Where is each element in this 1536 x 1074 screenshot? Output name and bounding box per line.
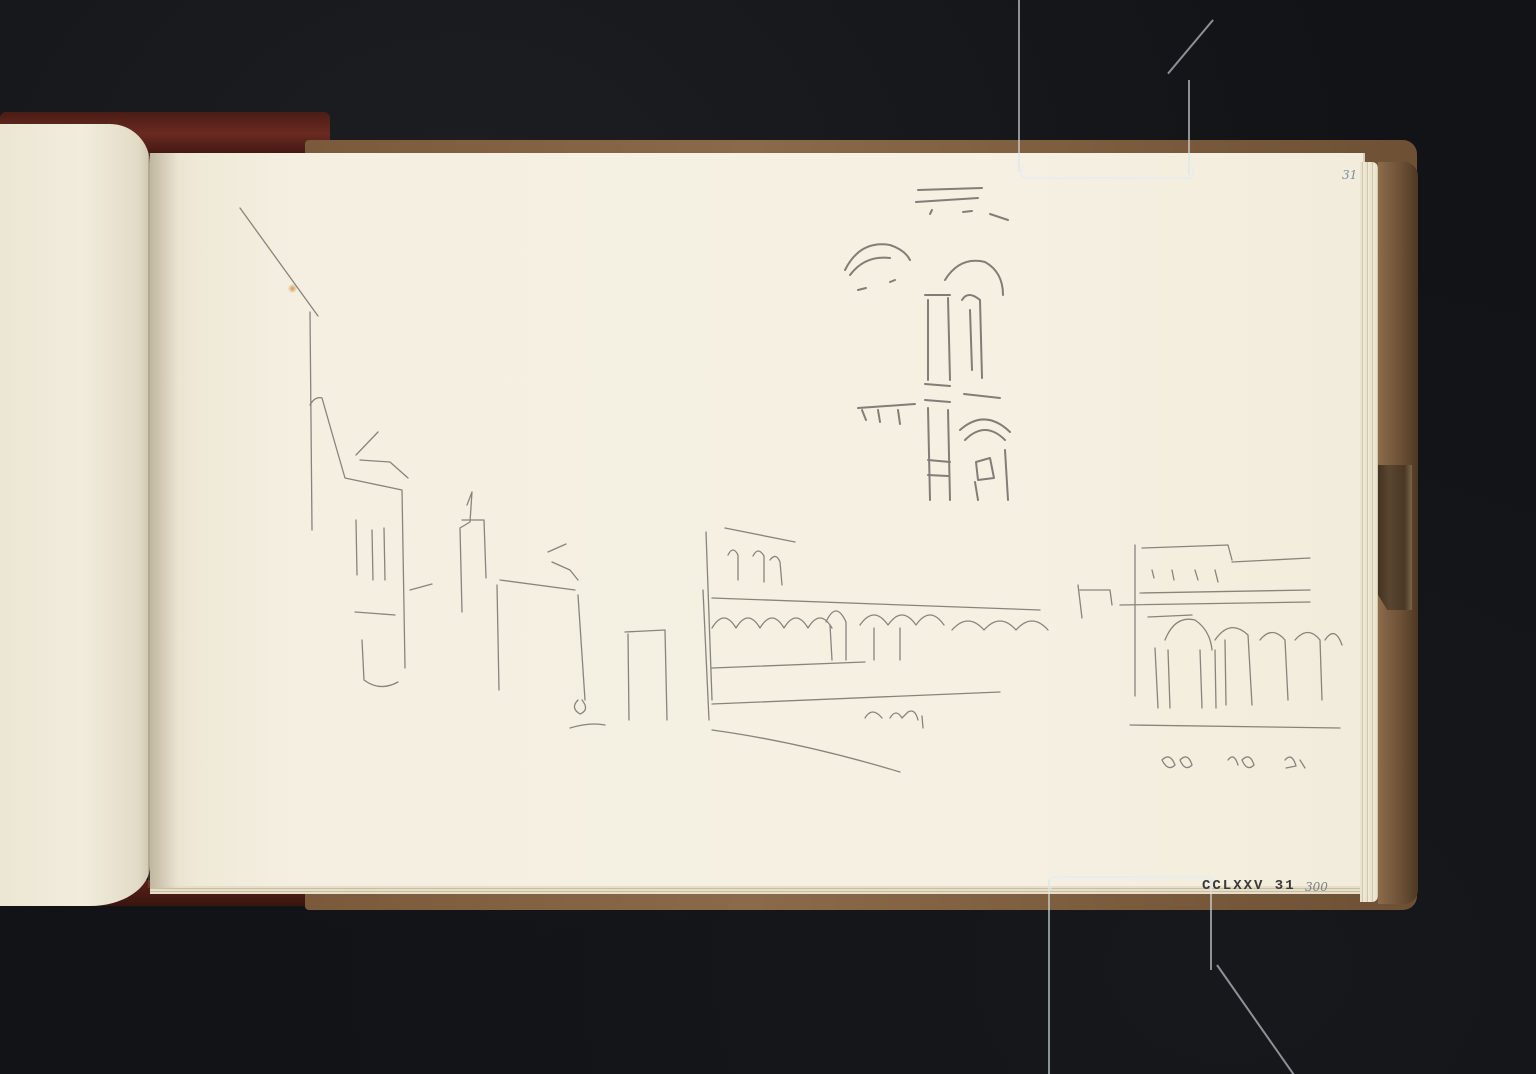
mounting-clip-top — [1020, 165, 1194, 179]
clip-wire — [1018, 0, 1020, 172]
inventory-stamp: CCLXXV 31 — [1202, 878, 1296, 894]
clip-wire — [1048, 880, 1050, 1074]
clip-wire — [1188, 80, 1190, 175]
arcaded-building-center-sketch — [703, 528, 1048, 772]
street-buildings-sketch — [240, 208, 667, 728]
pencil-annotation: 300 — [1305, 880, 1328, 894]
pencil-sketch — [0, 0, 1536, 1074]
tower-sketch — [845, 188, 1010, 500]
mounting-clip-bottom — [1048, 876, 1214, 890]
arcaded-building-right-sketch — [1078, 545, 1342, 768]
page-number: 31 — [1342, 168, 1357, 182]
